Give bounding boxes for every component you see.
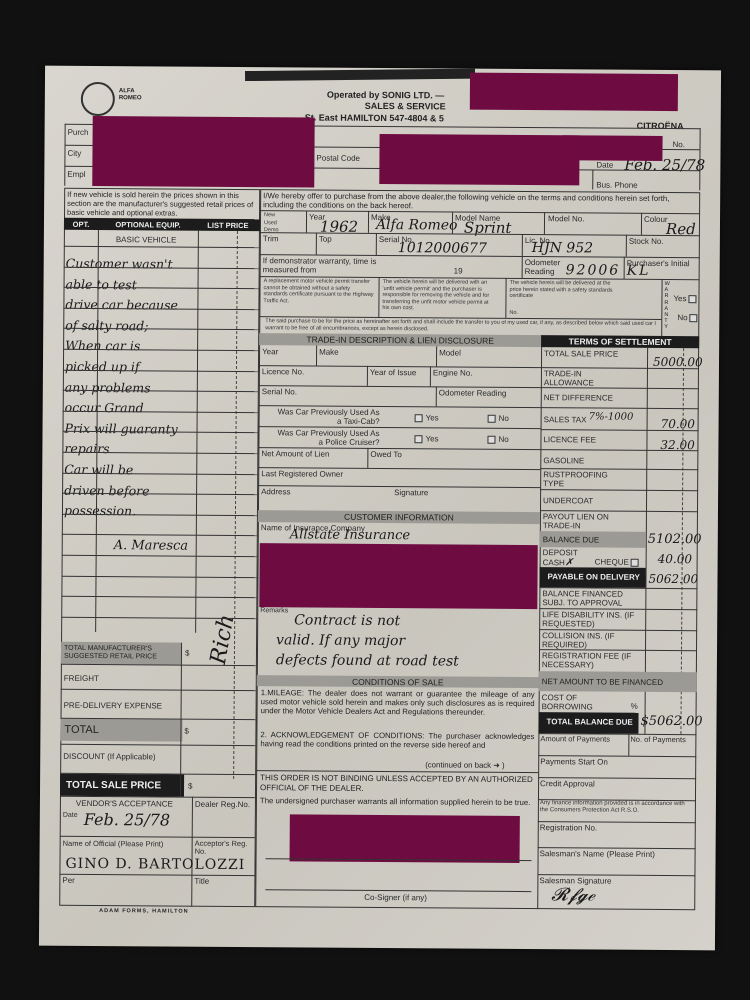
note-line: driven before xyxy=(64,480,260,502)
taxi-q1: Was Car Previously Used As xyxy=(262,407,380,417)
net-difference-label: NET DIFFERENCE xyxy=(544,393,613,402)
note-signature: A. Maresca xyxy=(114,538,188,554)
licence-label: Licence No. xyxy=(262,367,304,376)
vendors-acceptance-label: VENDOR'S ACCEPTANCE xyxy=(76,799,173,809)
taxi-no-checkbox[interactable] xyxy=(488,415,496,423)
cert-text-3: The vehicle herein will be delivered at … xyxy=(509,280,619,300)
amount-payments-label: Amount of Payments xyxy=(540,734,610,743)
title-label: Title xyxy=(194,877,209,886)
yes-label: Yes xyxy=(426,413,439,422)
sales-service: SALES & SERVICE xyxy=(365,101,446,112)
redacted-block xyxy=(259,543,537,609)
deposit-label: DEPOSIT xyxy=(543,549,578,557)
redacted-block xyxy=(92,116,314,188)
condition-1: 1.MILEAGE: The dealer does not warrant o… xyxy=(261,688,535,718)
divider xyxy=(430,366,431,386)
yes-label: Yes xyxy=(425,434,438,443)
cert-text-2: The vehicle herein will be delivered wit… xyxy=(382,279,492,312)
bus-phone-label: Bus. Phone xyxy=(596,181,637,190)
redacted-block xyxy=(562,135,662,161)
total-sale-price-row-label: TOTAL SALE PRICE xyxy=(544,349,624,359)
salesman-name-label: Salesman's Name (Please Print) xyxy=(540,849,655,859)
balance-financed-label: BALANCE FINANCED SUBJ. TO APPROVAL xyxy=(542,589,642,608)
cert-text-1: A replacement motor vehicle permit trans… xyxy=(263,278,375,305)
warranty-yes-checkbox[interactable] xyxy=(689,295,697,303)
signature-label: Signature xyxy=(394,488,428,497)
note-line: occur Grand xyxy=(65,398,261,420)
divider xyxy=(641,213,642,235)
payable-on-delivery-label: PAYABLE ON DELIVERY xyxy=(539,567,645,588)
trade-make-label: Make xyxy=(319,348,339,357)
total-balance-due-value: $5062.00 xyxy=(640,714,702,729)
odometer-label: Odometer Reading xyxy=(525,258,565,276)
warranty-yes-label: Yes xyxy=(673,294,686,303)
bill-of-sale-document: ALFA ROMEO Operated by SONIG LTD. — SALE… xyxy=(39,66,721,951)
divider xyxy=(592,169,593,189)
trade-odometer-label: Odometer Reading xyxy=(439,388,507,397)
basic-vehicle-label: BASIC VEHICLE xyxy=(116,235,177,244)
warranty-no-checkbox[interactable] xyxy=(690,314,698,322)
police-yes-checkbox[interactable] xyxy=(414,435,422,443)
undercoat-label: UNDERCOAT xyxy=(543,496,593,505)
police-no[interactable]: No xyxy=(487,435,508,444)
note-line: repairs xyxy=(64,439,260,461)
conditions-title: CONDITIONS OF SALE xyxy=(257,675,539,688)
sales-tax-note: 7%-1000 xyxy=(589,411,634,422)
postal-code-label: Postal Code xyxy=(316,154,360,163)
lic-value: HJN 952 xyxy=(532,240,593,256)
police-yes[interactable]: Yes xyxy=(414,434,438,443)
trade-serial-label: Serial No. xyxy=(262,387,297,396)
dollar-sign: $ xyxy=(188,782,193,791)
status-new[interactable]: New xyxy=(264,212,279,220)
divider xyxy=(544,212,545,234)
note-line: Prix will guaranty xyxy=(64,419,260,441)
note-line: Car will be xyxy=(64,460,260,482)
remarks-line: Contract is not xyxy=(276,610,459,631)
dollar-sign: $ xyxy=(185,649,190,658)
cheque-label: CHEQUE xyxy=(595,557,629,566)
trade-in-allowance-label: TRADE-IN ALLOWANCE xyxy=(544,369,624,388)
city-label: City xyxy=(67,149,81,158)
divider xyxy=(522,256,523,278)
divider xyxy=(316,233,317,255)
divider xyxy=(626,235,627,257)
rustproofing-label: RUSTPROOFING TYPE xyxy=(543,470,623,489)
note-line: able to test xyxy=(65,274,261,296)
police-no-checkbox[interactable] xyxy=(487,436,495,444)
redacted-block xyxy=(290,814,520,863)
note-line: drive car because xyxy=(65,295,261,317)
payable-on-delivery-value: 5062.00 xyxy=(648,572,698,586)
registration-fee-label: REGISTRATION FEE (IF NECESSARY) xyxy=(542,651,642,670)
model-no-label: Model No. xyxy=(548,214,585,223)
warranty-no[interactable]: No xyxy=(677,313,701,322)
trade-model-label: Model xyxy=(439,348,461,357)
taxi-yes-checkbox[interactable] xyxy=(415,414,423,422)
offer-text: I/We hereby offer to purchase from the a… xyxy=(263,191,699,212)
warranty-vertical: WARRANTY xyxy=(664,281,670,331)
purchase-clause: The said purchase to be for the price as… xyxy=(265,318,659,334)
address-label: Address xyxy=(261,487,290,496)
remarks-line: valid. If any major xyxy=(276,630,459,651)
cost-borrowing-label: COST OF BORROWING xyxy=(542,693,602,711)
taxi-no[interactable]: No xyxy=(488,414,509,423)
percent-sign: % xyxy=(631,702,638,711)
divider xyxy=(436,346,437,366)
note-line: When car is xyxy=(65,336,261,358)
customer-info-title: CUSTOMER INFORMATION xyxy=(258,510,540,524)
official-name-value: GINO D. BARTOLOZZI xyxy=(65,856,245,873)
gasoline-label: GASOLINE xyxy=(543,456,584,465)
warranty-year-prefix: 19 xyxy=(454,267,463,276)
official-name-label: Name of Official (Please Print) xyxy=(63,839,164,849)
salesman-signature: 𝓡𝓯𝓰ℯ xyxy=(551,884,595,905)
note-line: any problems xyxy=(65,377,261,399)
date-label: Date xyxy=(596,161,613,170)
total-label: TOTAL xyxy=(60,719,182,742)
alfa-romeo-logo-icon xyxy=(81,82,115,116)
warranty-yes[interactable]: Yes xyxy=(673,294,699,303)
lien-label: Net Amount of Lien xyxy=(261,449,329,458)
payout-lien-label: PAYOUT LIEN ON TRADE-IN xyxy=(543,512,623,531)
net-financed-label: NET AMOUNT TO BE FINANCED xyxy=(539,671,697,692)
balance-due-label: BALANCE DUE xyxy=(540,531,646,548)
balance-due-value: 5102.00 xyxy=(648,532,702,547)
remarks-line: defects found at road test xyxy=(276,650,459,671)
freight-label: FREIGHT xyxy=(64,674,99,683)
collision-label: COLLISION INS. (IF REQUIRED) xyxy=(542,631,642,650)
credit-approval-label: Credit Approval xyxy=(540,779,595,788)
divider xyxy=(368,211,369,233)
col-equip: OPTIONAL EQUIP. xyxy=(98,220,198,230)
stock-label: Stock No. xyxy=(629,237,664,246)
divider xyxy=(376,233,377,255)
divider xyxy=(306,210,307,232)
police-question: Was Car Previously Used Asa Police Cruis… xyxy=(261,428,379,447)
police-q1: Was Car Previously Used As xyxy=(261,428,379,438)
forms-footer: ADAM FORMS, HAMILTON xyxy=(99,908,189,915)
status-used[interactable]: Used xyxy=(264,220,279,228)
settlement-title: TERMS OF SETTLEMENT xyxy=(541,335,699,348)
make-value: Alfa Romeo xyxy=(376,217,458,234)
operated-by: Operated by SONIG LTD. — xyxy=(327,90,444,101)
per-label: Per xyxy=(62,876,75,885)
no-label: No xyxy=(498,435,508,444)
redacted-block xyxy=(470,73,678,111)
dealer-reg-label: Dealer Reg.No. xyxy=(195,800,250,809)
divider xyxy=(367,366,368,386)
divider xyxy=(628,734,629,756)
cert-no-label: No. xyxy=(509,310,518,317)
police-q2: a Police Cruiser? xyxy=(261,437,379,447)
finance-notice: Any finance information provided is in a… xyxy=(540,800,694,814)
acceptor-reg-label: Acceptor's Reg. No. xyxy=(195,840,250,856)
col-opt: OPT. xyxy=(64,219,98,228)
sales-tax-label: SALES TAX xyxy=(544,415,587,424)
trim-label: Trim xyxy=(263,234,279,243)
logo-text: ALFA ROMEO xyxy=(119,88,149,102)
deposit-value: 40.00 xyxy=(658,552,692,566)
deposit-cheque[interactable]: CHEQUE xyxy=(595,557,643,566)
payments-start-label: Payments Start On xyxy=(540,757,608,766)
note-line: Customer wasn't xyxy=(66,254,262,276)
taxi-q2: a Taxi-Cab? xyxy=(262,416,380,426)
continued-on-back: (continued on back ➜ ) xyxy=(425,760,504,770)
divider xyxy=(316,346,317,366)
cheque-checkbox[interactable] xyxy=(631,559,639,567)
note-line: possession. xyxy=(64,501,260,523)
divider xyxy=(452,211,453,233)
scribble-strikeout xyxy=(245,69,475,81)
trade-year-label: Year xyxy=(262,347,278,356)
total-sale-price-label: TOTAL SALE PRICE xyxy=(60,774,184,797)
discount-label: DISCOUNT (If Applicable) xyxy=(63,752,155,762)
trade-in-title: TRADE-IN DESCRIPTION & LIEN DISCLOSURE xyxy=(259,333,541,347)
insurance-value: Allstate Insurance xyxy=(290,527,410,543)
note-line: of salty road; xyxy=(65,316,261,338)
divider xyxy=(522,234,523,256)
total-balance-due-label: TOTAL BALANCE DUE xyxy=(538,712,638,734)
dollar-sign: $ xyxy=(184,727,189,736)
note-line: picked up if xyxy=(65,357,261,379)
vendor-date-label: Date xyxy=(63,812,78,819)
equipment-header: OPT. OPTIONAL EQUIP. LIST PRICE xyxy=(64,218,260,231)
warranty-no-label: No xyxy=(677,313,687,322)
warranty-time-label: If demonstrator warranty, time is measur… xyxy=(263,256,413,275)
handwritten-note: Customer wasn't able to test drive car b… xyxy=(64,254,262,523)
col-price: LIST PRICE xyxy=(198,220,258,229)
top-label: Top xyxy=(319,235,332,244)
no-payments-label: No. of Payments xyxy=(630,735,686,744)
purchaser-initial-label: Purchaser's Initial xyxy=(627,259,690,268)
binding-notice: THIS ORDER IS NOT BINDING UNLESS ACCEPTE… xyxy=(260,773,534,794)
taxi-question: Was Car Previously Used Asa Taxi-Cab? xyxy=(262,407,380,426)
msrp-intro: If new vehicle is sold herein the prices… xyxy=(67,190,259,218)
life-disability-label: LIFE DISABILITY INS. (IF REQUESTED) xyxy=(542,610,642,629)
owed-label: Owed To xyxy=(370,450,401,459)
no-label: No. xyxy=(673,140,686,149)
condition-2: 2. ACKNOWLEDGEMENT OF CONDITIONS: The pu… xyxy=(260,730,534,750)
colour-label: Colour xyxy=(644,215,668,224)
registration-no-label: Registration No. xyxy=(540,823,597,832)
vendor-date-value: Feb. 25/78 xyxy=(84,810,170,830)
engine-label: Engine No. xyxy=(433,368,473,377)
last-owner-label: Last Registered Owner xyxy=(261,469,343,479)
divider xyxy=(436,386,437,406)
no-label: No xyxy=(499,414,509,423)
cosigner-label: Co-Signer (if any) xyxy=(364,893,427,902)
warrants-text: The undersigned purchaser warrants all i… xyxy=(260,796,534,807)
cash-label: CASH xyxy=(543,558,565,567)
dealer-address: St. East HAMILTON 547-4804 & 5 xyxy=(305,112,444,123)
redacted-block xyxy=(379,134,579,185)
predelivery-label: PRE-DELIVERY EXPENSE xyxy=(64,701,162,711)
divider xyxy=(367,448,368,468)
employer-label: Empl xyxy=(67,170,85,179)
total-msrp-label: TOTAL MANUFACTURER'S SUGGESTED RETAIL PR… xyxy=(61,642,181,665)
purchaser-label: Purch xyxy=(68,128,89,137)
licence-fee-label: LICENCE FEE xyxy=(543,435,596,444)
remarks-text: Contract is not valid. If any major defe… xyxy=(276,610,459,671)
divider xyxy=(624,257,625,279)
taxi-yes[interactable]: Yes xyxy=(415,413,439,422)
year-issue-label: Year of Issue xyxy=(370,368,416,377)
